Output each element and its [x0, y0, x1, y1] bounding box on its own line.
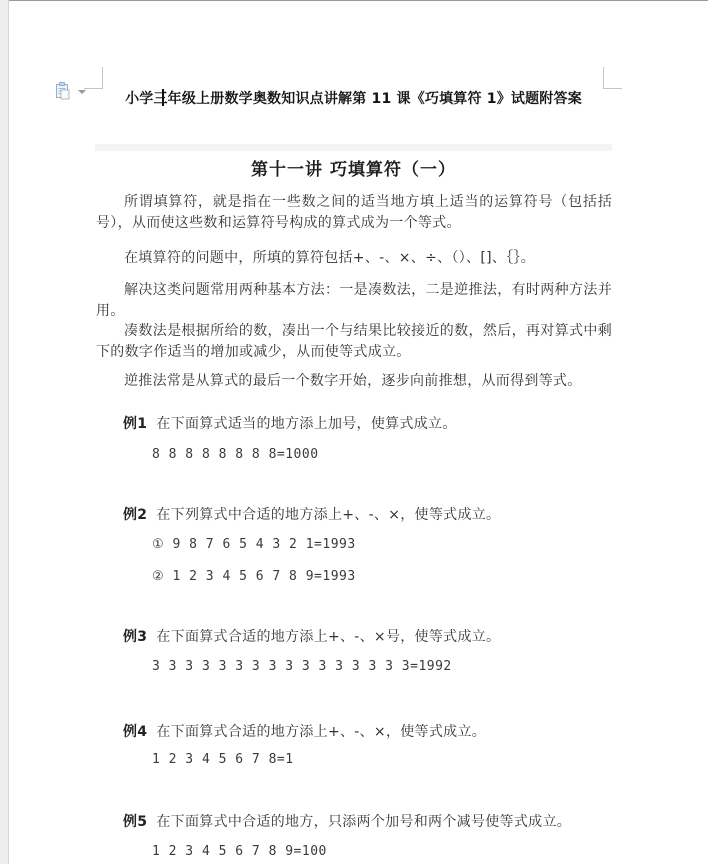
example-row-1: 例1在下面算式适当的地方添上加号，使算式成立。 — [123, 413, 612, 433]
equation-line: 1 2 3 4 5 6 7 8 9=100 — [152, 844, 327, 859]
example-text: 在下列算式中合适的地方添上+、-、×，使等式成立。 — [156, 507, 500, 523]
equation-line: 3 3 3 3 3 3 3 3 3 3 3 3 3 3 3 3=1992 — [152, 659, 452, 674]
document-page: 小学三年级上册数学奥数知识点讲解第 11 课《巧填算符 1》试题附答案 第十一讲… — [0, 0, 708, 864]
example-label: 例2 — [123, 507, 147, 523]
document-title: 小学三年级上册数学奥数知识点讲解第 11 课《巧填算符 1》试题附答案 — [95, 88, 612, 108]
paragraph-3: 解决这类问题常用两种基本方法：一是凑数法，二是逆推法，有时两种方法并用。 — [96, 280, 612, 322]
example-text: 在下面算式中合适的地方，只添两个加号和两个减号使等式成立。 — [156, 814, 571, 830]
example-text: 在下面算式合适的地方添上+、-、×号，使等式成立。 — [156, 629, 500, 645]
example-row-3: 例3在下面算式合适的地方添上+、-、×号，使等式成立。 — [123, 626, 612, 646]
section-heading: 第十一讲 巧填算符（一） — [95, 155, 612, 180]
example-label: 例4 — [123, 724, 147, 740]
example-row-4: 例4在下面算式合适的地方添上+、-、×，使等式成立。 — [123, 721, 612, 741]
example-text: 在下面算式合适的地方添上+、-、×，使等式成立。 — [156, 724, 486, 740]
example-row-2: 例2在下列算式中合适的地方添上+、-、×，使等式成立。 — [123, 504, 612, 524]
example-label: 例1 — [123, 416, 147, 432]
chevron-down-icon — [78, 90, 86, 94]
equation-line: ① 9 8 7 6 5 4 3 2 1=1993 — [152, 537, 356, 552]
equation-line: 8 8 8 8 8 8 8 8=1000 — [152, 447, 319, 462]
equation-line: 1 2 3 4 5 6 7 8=1 — [152, 752, 294, 767]
paste-options-button[interactable] — [55, 82, 89, 104]
example-row-5: 例5在下面算式中合适的地方，只添两个加号和两个减号使等式成立。 — [123, 811, 612, 831]
page-left-edge — [0, 0, 9, 864]
paragraph-1: 所谓填算符，就是指在一些数之间的适当地方填上适当的运算符号（包括括号），从而使这… — [96, 192, 612, 234]
paragraph-4: 凑数法是根据所给的数，凑出一个与结果比较接近的数，然后，再对算式中剩下的数字作适… — [96, 321, 612, 363]
example-label: 例5 — [123, 814, 147, 830]
scan-artifact-band — [95, 144, 612, 151]
equation-line: ② 1 2 3 4 5 6 7 8 9=1993 — [152, 569, 356, 584]
paragraph-2: 在填算符的问题中，所填的算符包括+、-、×、÷、（）、[]、｛｝。 — [96, 248, 612, 269]
example-text: 在下面算式适当的地方添上加号，使算式成立。 — [156, 416, 456, 432]
paragraph-5: 逆推法常是从算式的最后一个数字开始，逐步向前推想，从而得到等式。 — [96, 371, 612, 392]
example-label: 例3 — [123, 629, 147, 645]
window-top-edge — [0, 0, 708, 1]
